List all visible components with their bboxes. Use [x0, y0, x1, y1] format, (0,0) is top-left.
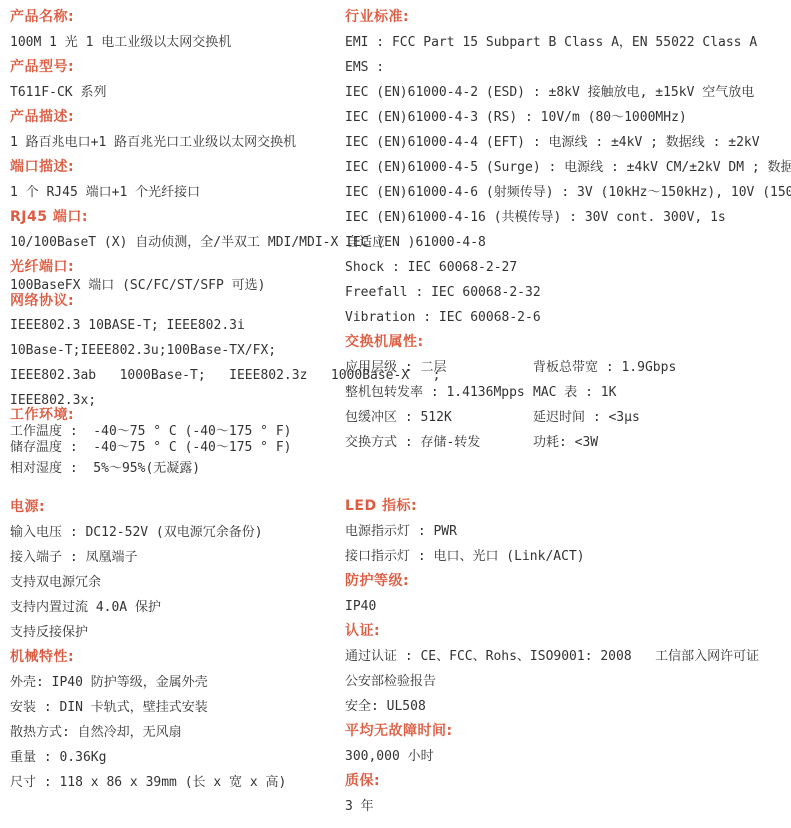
- section-header: 行业标准:: [345, 9, 789, 34]
- section-header: 产品名称:: [10, 9, 342, 34]
- spec-value: 延迟时间 : <3μs: [533, 410, 640, 425]
- spec-line: 1 路百兆电口+1 路百兆光口工业级以太网交换机: [10, 134, 342, 159]
- spec-line: EMI : FCC Part 15 Subpart B Class A，EN 5…: [345, 34, 789, 59]
- spec-line: 储存温度 : -40～75 ° C (-40～175 ° F): [10, 439, 342, 460]
- spec-line: IEEE802.3x;: [10, 392, 342, 407]
- section-header: 电源:: [10, 499, 342, 524]
- spec-line: 安全: UL508: [345, 698, 789, 723]
- section-header: LED 指标:: [345, 498, 789, 523]
- spec-line: IEC (EN)61000-4-3 (RS) : 10V/m (80～1000M…: [345, 109, 789, 134]
- spec-line: IEEE802.3ab 1000Base-T; IEEE802.3z 1000B…: [10, 367, 342, 392]
- spec-value: 包缓冲区 : 512K: [345, 409, 533, 426]
- spec-line: IEC (EN)61000-4-6 (射频传导) : 3V (10kHz～150…: [345, 184, 789, 209]
- spec-line: 接入端子 : 凤凰端子: [10, 549, 342, 574]
- spec-line: 整机包转发率 : 1.4136MppsMAC 表 : 1K: [345, 384, 789, 409]
- spec-line: 输入电压 : DC12-52V (双电源冗余备份): [10, 524, 342, 549]
- spec-line: 10/100BaseT (X) 自动侦测，全/半双工 MDI/MDI-X 自适应: [10, 234, 342, 259]
- spec-line: 重量 : 0.36Kg: [10, 749, 342, 774]
- spec-line: 100M 1 光 1 电工业级以太网交换机: [10, 34, 342, 59]
- spec-line: IEC (EN )61000-4-8: [345, 234, 789, 259]
- section-header: 认证:: [345, 623, 789, 648]
- spec-line: 300,000 小时: [345, 748, 789, 773]
- spec-line: IP40: [345, 598, 789, 623]
- spec-line: EMS :: [345, 59, 789, 84]
- spec-value: 整机包转发率 : 1.4136Mpps: [345, 384, 533, 401]
- section-header: 质保:: [345, 773, 789, 798]
- spec-line: IEC (EN)61000-4-2 (ESD) : ±8kV 接触放电, ±15…: [345, 84, 789, 109]
- spec-line: IEC (EN)61000-4-4 (EFT) : 电源线 : ±4kV ; 数…: [345, 134, 789, 159]
- spec-line: 接口指示灯 : 电口、光口 (Link/ACT): [345, 548, 789, 573]
- spec-line: 安装 : DIN 卡轨式，壁挂式安装: [10, 699, 342, 724]
- spec-line: 散热方式: 自然冷却，无风扇: [10, 724, 342, 749]
- spec-value: 功耗: <3W: [533, 435, 598, 450]
- spec-line: 交换方式 : 存储-转发功耗: <3W: [345, 434, 789, 498]
- section-header: 产品型号:: [10, 59, 342, 84]
- section-header: 交换机属性:: [345, 334, 789, 359]
- spec-line: 外壳: IP40 防护等级，金属外壳: [10, 674, 342, 699]
- spec-line: 相对湿度 : 5%～95%(无凝露): [10, 460, 342, 499]
- section-header: 防护等级:: [345, 573, 789, 598]
- spec-value: 背板总带宽 : 1.9Gbps: [533, 360, 676, 375]
- spec-line: Shock : IEC 60068-2-27: [345, 259, 789, 284]
- spec-line: 10Base-T;IEEE802.3u;100Base-TX/FX;: [10, 342, 342, 367]
- spec-line: 电源指示灯 : PWR: [345, 523, 789, 548]
- spec-value: 应用层级 : 二层: [345, 359, 533, 376]
- spec-line: 支持双电源冗余: [10, 574, 342, 599]
- spec-line: IEC (EN)61000-4-5 (Surge) : 电源线 : ±4kV C…: [345, 159, 789, 184]
- product-spec-sheet: 产品名称:100M 1 光 1 电工业级以太网交换机产品型号:T611F-CK …: [0, 0, 791, 828]
- spec-value: 交换方式 : 存储-转发: [345, 434, 533, 451]
- section-header: 网络协议:: [10, 293, 342, 317]
- left-column: 产品名称:100M 1 光 1 电工业级以太网交换机产品型号:T611F-CK …: [10, 9, 342, 799]
- spec-line: 3 年: [345, 798, 789, 823]
- spec-line: 1 个 RJ45 端口+1 个光纤接口: [10, 184, 342, 209]
- right-column: 行业标准:EMI : FCC Part 15 Subpart B Class A…: [345, 9, 789, 823]
- spec-line: 通过认证 : CE、FCC、Rohs、ISO9001: 2008 工信部入网许可…: [345, 648, 789, 673]
- section-header: 机械特性:: [10, 649, 342, 674]
- section-header: 工作环境:: [10, 407, 342, 423]
- spec-line: Freefall : IEC 60068-2-32: [345, 284, 789, 309]
- spec-line: 工作温度 : -40～75 ° C (-40～175 ° F): [10, 423, 342, 439]
- spec-line: IEC (EN)61000-4-16 (共模传导) : 30V cont. 30…: [345, 209, 789, 234]
- section-header: 光纤端口:: [10, 259, 342, 277]
- spec-line: 支持内置过流 4.0A 保护: [10, 599, 342, 624]
- section-header: 产品描述:: [10, 109, 342, 134]
- spec-line: 支持反接保护: [10, 624, 342, 649]
- spec-line: 尺寸 : 118 x 86 x 39mm (长 x 宽 x 高): [10, 774, 342, 799]
- section-header: 端口描述:: [10, 159, 342, 184]
- spec-line: 100BaseFX 端口 (SC/FC/ST/SFP 可选): [10, 277, 342, 293]
- spec-line: T611F-CK 系列: [10, 84, 342, 109]
- spec-value: MAC 表 : 1K: [533, 385, 616, 400]
- spec-line: 包缓冲区 : 512K延迟时间 : <3μs: [345, 409, 789, 434]
- spec-line: Vibration : IEC 60068-2-6: [345, 309, 789, 334]
- spec-line: 应用层级 : 二层背板总带宽 : 1.9Gbps: [345, 359, 789, 384]
- spec-line: 公安部检验报告: [345, 673, 789, 698]
- section-header: RJ45 端口:: [10, 209, 342, 234]
- section-header: 平均无故障时间:: [345, 723, 789, 748]
- spec-line: IEEE802.3 10BASE-T; IEEE802.3i: [10, 317, 342, 342]
